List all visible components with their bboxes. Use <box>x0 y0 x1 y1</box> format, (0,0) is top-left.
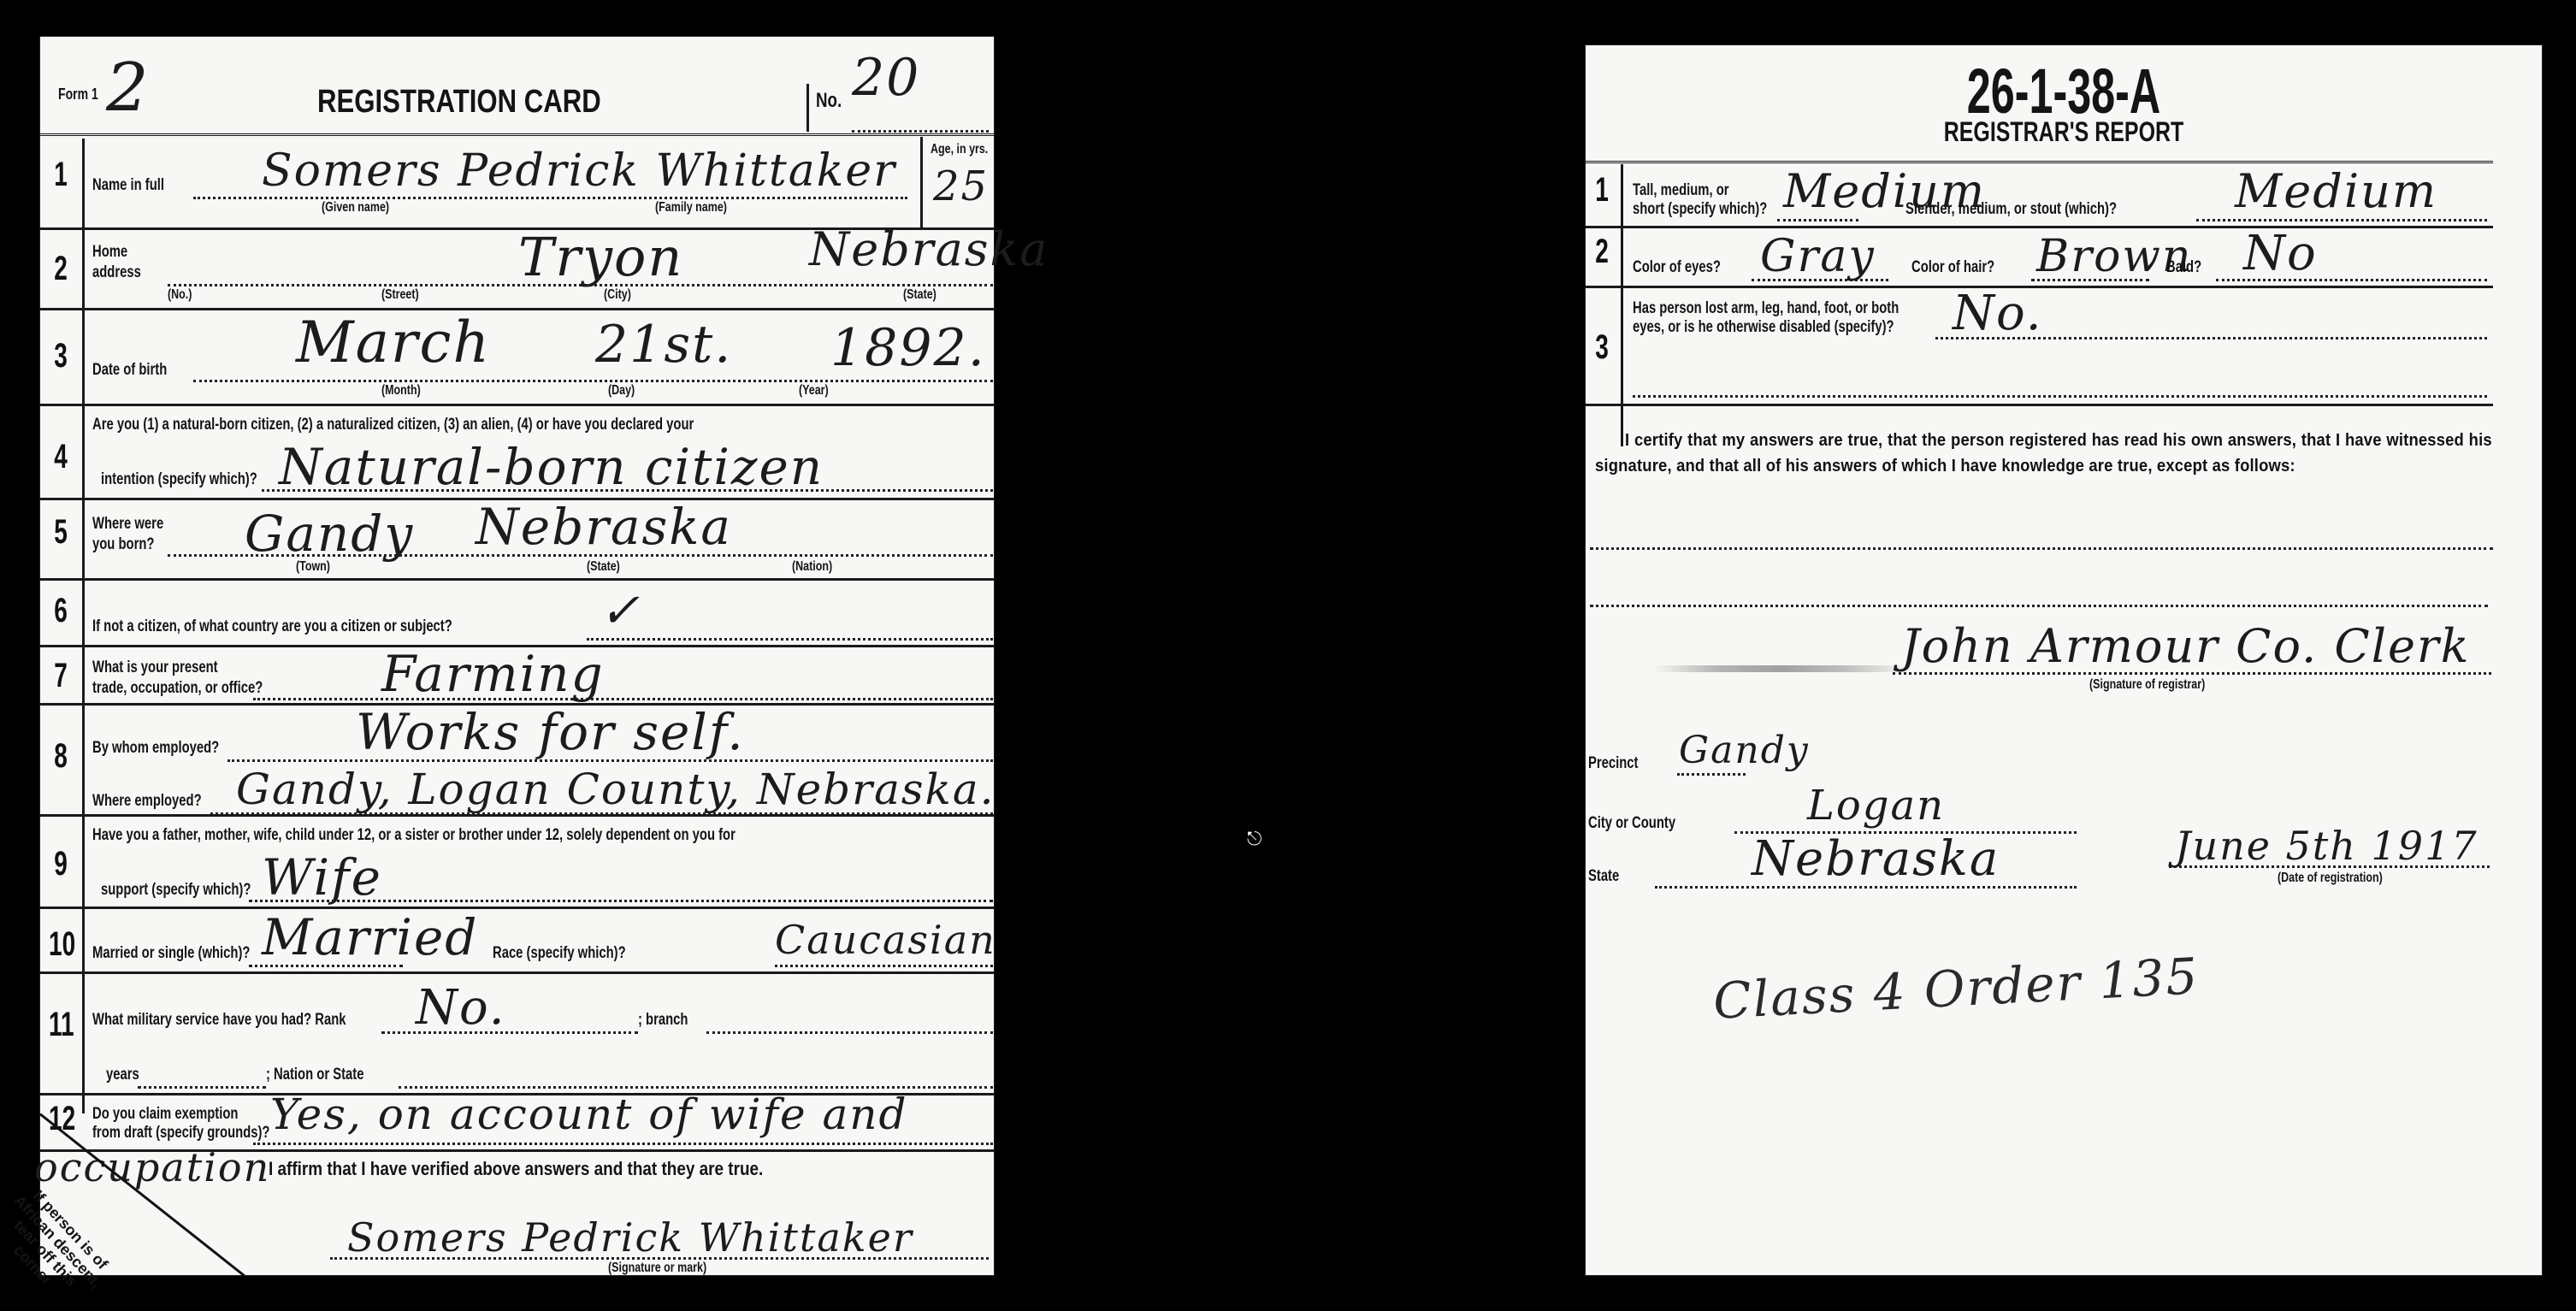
dotted-line <box>2196 219 2487 221</box>
precinct-value: Gandy <box>1679 729 1810 772</box>
citizenship-value: Natural-born citizen <box>279 438 824 496</box>
employer-value: Works for self. <box>356 703 745 761</box>
field-label: Has person lost arm, leg, hand, foot, or… <box>1633 299 1899 318</box>
dotted-line <box>1590 605 2488 607</box>
birth-day: 21st. <box>595 315 732 375</box>
classification-note: Class 4 Order 135 <box>1712 947 2201 1030</box>
city-value: Tryon <box>518 226 683 288</box>
registration-card: Form 1 2 REGISTRATION CARD No. 20 1 Name… <box>39 36 995 1276</box>
signature-label: (Signature or mark) <box>608 1261 706 1276</box>
birth-town: Gandy <box>245 505 414 563</box>
age-label: Age, in yrs. <box>931 142 988 157</box>
registrant-signature: Somers Pedrick Whittaker <box>347 1214 913 1261</box>
row-number: 1 <box>49 156 73 194</box>
build-value: Medium <box>2235 164 2437 218</box>
field-label: Have you a father, mother, wife, child u… <box>92 826 736 845</box>
dotted-line <box>706 1031 993 1034</box>
field-label: Where employed? <box>92 792 202 811</box>
affirmation-text: I affirm that I have verified above answ… <box>269 1158 763 1180</box>
disability-value: No. <box>1953 286 2043 341</box>
field-label: ; Nation or State <box>266 1066 363 1084</box>
occupation-value: Farming <box>381 645 605 703</box>
row-number: 3 <box>49 337 73 375</box>
dotted-line <box>399 1086 993 1089</box>
dotted-line <box>193 197 907 199</box>
scan-artifact-icon: ⎋ <box>1247 828 1266 848</box>
birth-state: Nebraska <box>476 498 732 556</box>
field-label: support (specify which)? <box>101 881 251 900</box>
field-label: years <box>106 1066 139 1084</box>
field-label: Bald? <box>2166 258 2201 277</box>
birth-month: March <box>296 310 491 375</box>
row-number: 1 <box>1590 171 1614 210</box>
sublabel: (Street) <box>381 287 419 303</box>
rank-value: No. <box>416 980 506 1036</box>
divider <box>39 578 995 581</box>
field-label: Slender, medium, or stout (which)? <box>1905 200 2117 219</box>
dotted-line <box>775 965 993 967</box>
field-label: ; branch <box>638 1011 688 1030</box>
card-number: 20 <box>852 48 920 108</box>
dotted-line <box>253 1143 993 1145</box>
sublabel: (Day) <box>608 383 635 399</box>
dotted-line <box>1677 773 1746 776</box>
row-number: 11 <box>49 1006 73 1044</box>
field-label: trade, occupation, or office? <box>92 679 263 698</box>
row-number: 5 <box>49 513 73 552</box>
certification-text: I certify that my answers are true, that… <box>1595 428 2492 479</box>
field-label: you born? <box>92 535 154 554</box>
registration-date-label: (Date of registration) <box>2278 871 2383 886</box>
sublabel: (Town) <box>296 559 330 575</box>
exemption-value: Yes, on account of wife and <box>270 1090 908 1139</box>
smudge <box>1653 665 1910 672</box>
row-number: 2 <box>1590 233 1614 271</box>
field-label: Color of hair? <box>1911 258 1994 277</box>
field-label: Date of birth <box>92 361 167 380</box>
row-number: 4 <box>49 438 73 476</box>
field-label: address <box>92 263 141 282</box>
county-value: Logan <box>1807 782 1945 830</box>
bald-value: No <box>2243 226 2318 281</box>
field-label: Tall, medium, or <box>1633 181 1729 200</box>
form-label: Form 1 <box>58 86 98 103</box>
sublabel: (Given name) <box>322 200 389 216</box>
state-value: Nebraska <box>809 222 1049 276</box>
dotted-line <box>852 130 989 133</box>
signature-label: (Signature of registrar) <box>2089 677 2205 693</box>
sublabel: (Family name) <box>655 200 727 216</box>
field-label: What is your present <box>92 658 218 677</box>
field-label: Where were <box>92 515 163 534</box>
field-label: short (specify which)? <box>1633 200 1767 219</box>
sublabel: (Month) <box>381 383 421 399</box>
field-label: What military service have you had? Rank <box>92 1011 346 1030</box>
state-label: State <box>1588 867 1619 886</box>
race-value: Caucasian <box>775 917 996 963</box>
divider <box>920 137 923 227</box>
marital-status-value: Married <box>262 908 478 966</box>
card-title: REGISTRATION CARD <box>317 84 601 121</box>
state-value: Nebraska <box>1752 831 2000 887</box>
field-label: Race (specify which)? <box>493 944 626 963</box>
sublabel: (Year) <box>799 383 829 399</box>
field-label: By whom employed? <box>92 739 219 758</box>
field-label: Name in full <box>92 176 164 195</box>
eye-color-value: Gray <box>1760 231 1876 282</box>
divider <box>39 906 995 909</box>
dotted-line <box>587 638 993 641</box>
divider <box>39 404 995 406</box>
birth-year: 1892. <box>830 318 986 378</box>
precinct-label: Precinct <box>1588 754 1638 773</box>
county-label: City or County <box>1588 814 1675 833</box>
dotted-line <box>1633 395 2487 398</box>
divider <box>39 133 995 138</box>
field-label: eyes, or is he otherwise disabled (speci… <box>1633 318 1894 337</box>
row-number: 8 <box>49 737 73 776</box>
field-label: If not a citizen, of what country are yo… <box>92 617 452 636</box>
sublabel: (Nation) <box>792 559 832 575</box>
employment-location-value: Gandy, Logan County, Nebraska. <box>236 765 996 814</box>
registrars-report-card: 26-1-38-A REGISTRAR'S REPORT 1 Tall, med… <box>1585 44 2543 1276</box>
field-label: Home <box>92 243 127 262</box>
dotted-line <box>1590 547 2493 550</box>
divider <box>806 84 809 132</box>
dotted-line <box>193 380 993 382</box>
report-title: REGISTRAR'S REPORT <box>1690 116 2437 148</box>
row-number: 3 <box>1590 328 1614 367</box>
field-label: Married or single (which)? <box>92 944 250 963</box>
age-value: 25 <box>933 162 989 210</box>
divider <box>82 139 85 1113</box>
field-label: Are you (1) a natural-born citizen, (2) … <box>92 416 694 434</box>
field-label: Color of eyes? <box>1633 258 1721 277</box>
registrar-signature: John Armour Co. Clerk <box>1901 619 2470 673</box>
sublabel: (State) <box>903 287 936 303</box>
name-value: Somers Pedrick Whittaker <box>262 145 896 197</box>
sublabel: (State) <box>587 559 620 575</box>
registration-date: June 5th 1917 <box>2175 823 2479 869</box>
dotted-line <box>138 1086 266 1089</box>
dependent-value: Wife <box>262 848 382 906</box>
row-number: 7 <box>49 657 73 695</box>
divider <box>1585 404 2493 406</box>
form-number: 2 <box>106 50 151 127</box>
card-number-label: No. <box>816 89 842 113</box>
divider <box>39 308 995 310</box>
divider <box>39 814 995 817</box>
dotted-line <box>1777 219 1858 221</box>
divider <box>1585 226 2493 228</box>
row-number: 10 <box>49 925 73 964</box>
field-label: intention (specify which)? <box>101 470 257 489</box>
sublabel: (City) <box>604 287 631 303</box>
row-number: 2 <box>49 250 73 288</box>
dotted-line <box>253 698 993 700</box>
divider <box>39 971 995 974</box>
sublabel: (No.) <box>168 287 192 303</box>
row-number: 6 <box>49 592 73 630</box>
check-mark-icon: ✓ <box>600 583 641 639</box>
row-number: 9 <box>49 845 73 883</box>
